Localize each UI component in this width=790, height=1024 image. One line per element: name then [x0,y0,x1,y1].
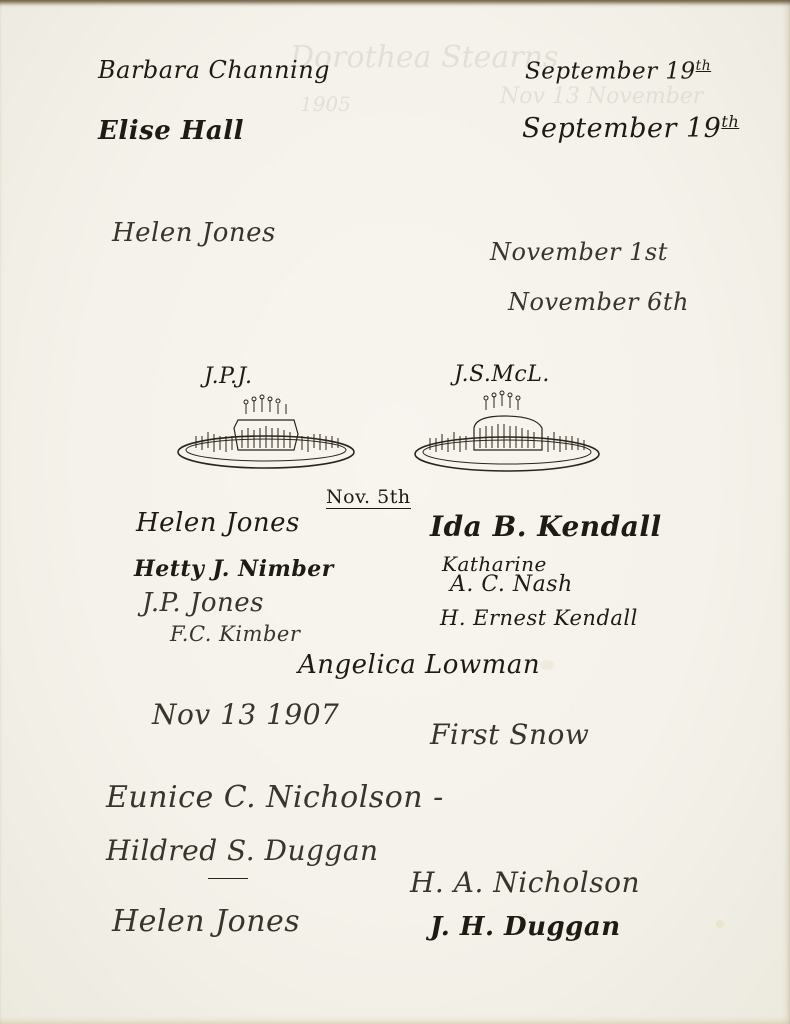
signature-hildred-duggan: Hildred S. Duggan [106,834,379,867]
cake-drawing-icon [412,388,602,478]
date-september-19-a: September 19th [525,58,711,85]
signature-ac-nash: A. C. Nash [450,572,573,597]
signature-ida-kendall: Ida B. Kendall [430,510,662,543]
date-suffix: th [696,58,711,74]
cake-drawing-icon [176,392,358,472]
signature-helen-jones-2: Helen Jones [136,508,300,538]
signature-helen-jones-1: Helen Jones [112,218,276,248]
signature-ha-nicholson: H. A. Nicholson [410,866,640,899]
signature-elise-hall: Elise Hall [98,116,244,146]
date-suffix: th [721,112,739,131]
paper-stain [540,660,554,670]
note-first-snow: First Snow [430,718,589,751]
signature-jh-duggan: J. H. Duggan [430,912,621,942]
signature-angelica-lowman: Angelica Lowman [298,650,540,680]
underline-stroke [208,878,248,879]
signature-fc-kimber: F.C. Kimber [170,622,300,646]
date-nov-13-1907: Nov 13 1907 [152,698,339,731]
signature-hetty-nimber: Hetty J. Nimber [134,556,334,582]
date-september-19-b: September 19th [522,112,739,144]
paper-stain [716,920,724,928]
date-november-6th: November 6th [508,288,689,316]
signature-jp-jones: J.P. Jones [142,588,264,618]
bleed-through-text: 1905 [300,92,351,116]
bleed-through-text: Nov 13 November [500,84,703,109]
signature-helen-jones-3: Helen Jones [112,904,300,939]
date-text: September 19 [522,113,721,144]
date-november-1st: November 1st [490,238,668,266]
signature-eunice-nicholson: Eunice C. Nicholson - [106,780,444,815]
signature-barbara-channing: Barbara Channing [98,56,330,84]
guestbook-page: Dorothea Stearns Nov 13 November 1905 Ba… [0,0,790,1024]
date-text: September 19 [525,59,696,85]
bleed-through-text: Dorothea Stearns [290,40,558,75]
signature-h-ernest-kendall: H. Ernest Kendall [440,606,638,630]
drawing-initials-jpj: J.P.J. [204,364,253,389]
drawing-initials-jsmcl: J.S.McL. [454,362,550,387]
group-date-nov-5th: Nov. 5th [326,486,411,509]
